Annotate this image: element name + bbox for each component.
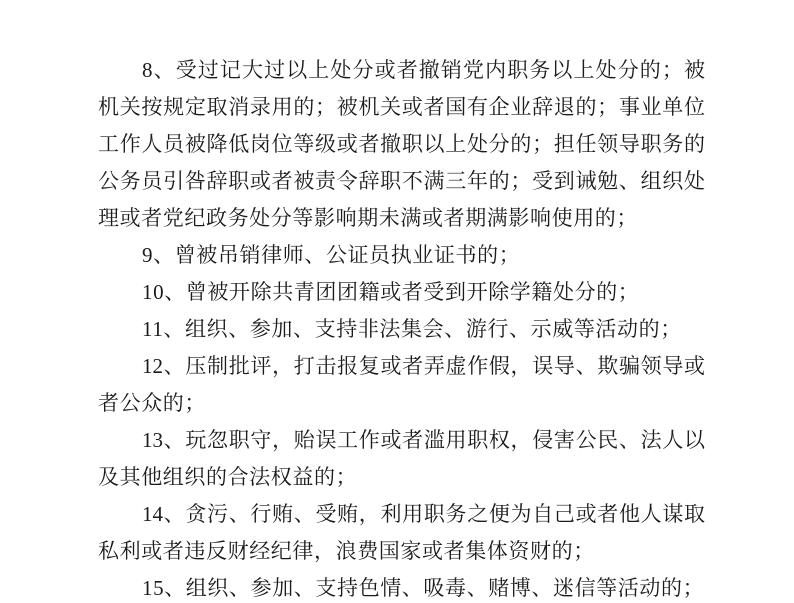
text-line: 机关按规定取消录用的；被机关或者国有企业辞退的；事业单位 <box>98 89 705 126</box>
text-line: 13、玩忽职守，贻误工作或者滥用职权，侵害公民、法人以 <box>98 422 705 459</box>
text-line: 14、贪污、行贿、受贿，利用职务之便为自己或者他人谋取 <box>98 496 705 533</box>
text-line: 者公众的； <box>98 385 705 422</box>
text-line: 私利或者违反财经纪律，浪费国家或者集体资财的； <box>98 533 705 570</box>
text-line: 公务员引咎辞职或者被责令辞职不满三年的；受到诫勉、组织处 <box>98 163 705 200</box>
text-line: 15、组织、参加、支持色情、吸毒、赌博、迷信等活动的； <box>98 570 705 603</box>
text-line: 10、曾被开除共青团团籍或者受到开除学籍处分的； <box>98 274 705 311</box>
text-line: 理或者党纪政务处分等影响期未满或者期满影响使用的； <box>98 200 705 237</box>
text-line: 11、组织、参加、支持非法集会、游行、示威等活动的； <box>98 311 705 348</box>
text-line: 及其他组织的合法权益的； <box>98 459 705 496</box>
text-line: 9、曾被吊销律师、公证员执业证书的； <box>98 237 705 274</box>
document-text-block: 8、受过记大过以上处分或者撤销党内职务以上处分的；被机关按规定取消录用的；被机关… <box>98 52 705 603</box>
document-page: 8、受过记大过以上处分或者撤销党内职务以上处分的；被机关按规定取消录用的；被机关… <box>0 0 794 603</box>
text-line: 8、受过记大过以上处分或者撤销党内职务以上处分的；被 <box>98 52 705 89</box>
text-line: 12、压制批评，打击报复或者弄虚作假，误导、欺骗领导或 <box>98 348 705 385</box>
text-line: 工作人员被降低岗位等级或者撤职以上处分的；担任领导职务的 <box>98 126 705 163</box>
